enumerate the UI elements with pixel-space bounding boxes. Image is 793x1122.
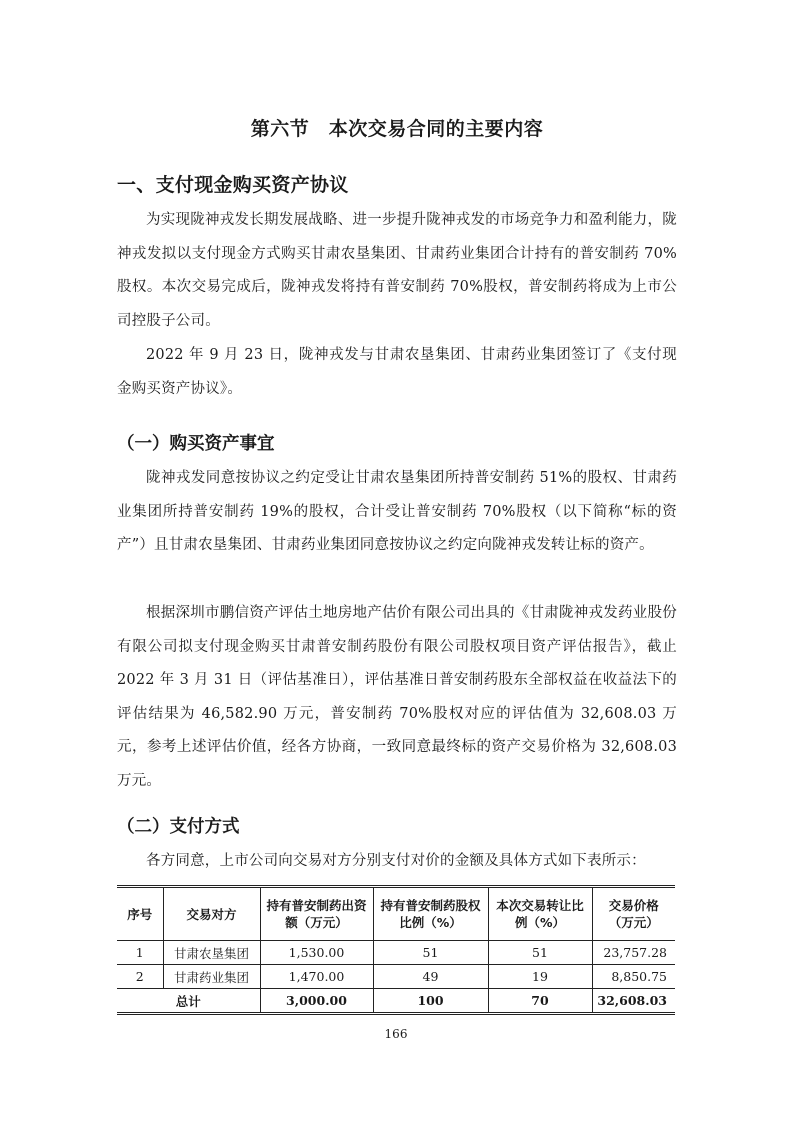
- cell-total-holding-ratio: 100: [373, 989, 488, 1014]
- cell-total-capital: 3,000.00: [260, 989, 373, 1014]
- cell-transfer-ratio: 51: [488, 941, 592, 965]
- cell-total-price: 32,608.03: [592, 989, 675, 1014]
- header-counterparty: 交易对方: [163, 887, 260, 941]
- cell-counterparty: 甘肃农垦集团: [163, 941, 260, 965]
- cell-counterparty: 甘肃药业集团: [163, 965, 260, 989]
- cell-total-label: 总计: [117, 989, 260, 1014]
- cell-capital: 1,470.00: [260, 965, 373, 989]
- table-row: 1 甘肃农垦集团 1,530.00 51 51 23,757.28: [117, 941, 675, 965]
- paragraph-valuation: 根据深圳市鹏信资产评估土地房地产估价有限公司出具的《甘肃陇神戎发药业股份有限公司…: [117, 597, 677, 798]
- cell-price: 8,850.75: [592, 965, 675, 989]
- paragraph-payment-intro: 各方同意，上市公司向交易对方分别支付对价的金额及具体方式如下表所示：: [117, 845, 677, 879]
- header-transfer-ratio: 本次交易转让比例（%）: [488, 887, 592, 941]
- paragraph-purpose: 为实现陇神戎发长期发展战略、进一步提升陇神戎发的市场竞争力和盈利能力，陇神戎发拟…: [117, 204, 677, 338]
- page-number: 166: [117, 1027, 675, 1041]
- cell-holding-ratio: 51: [373, 941, 488, 965]
- header-capital: 持有普安制药出资额（万元）: [260, 887, 373, 941]
- chapter-title: 第六节 本次交易合同的主要内容: [117, 114, 677, 141]
- section-heading-cash-purchase-agreement: 一、支付现金购买资产协议: [117, 170, 349, 197]
- table-row: 2 甘肃药业集团 1,470.00 49 19 8,850.75: [117, 965, 675, 989]
- paragraph-transfer-terms: 陇神戎发同意按协议之约定受让甘肃农垦集团所持普安制药 51%的股权、甘肃药业集团…: [117, 462, 677, 563]
- header-holding-ratio: 持有普安制药股权比例（%）: [373, 887, 488, 941]
- cell-index: 1: [117, 941, 163, 965]
- cell-holding-ratio: 49: [373, 965, 488, 989]
- table-header-row: 序号 交易对方 持有普安制药出资额（万元） 持有普安制药股权比例（%） 本次交易…: [117, 887, 675, 941]
- subsection-heading-payment-method: （二）支付方式: [117, 813, 240, 838]
- payment-table: 序号 交易对方 持有普安制药出资额（万元） 持有普安制药股权比例（%） 本次交易…: [117, 885, 675, 1015]
- cell-total-transfer-ratio: 70: [488, 989, 592, 1014]
- table-total-row: 总计 3,000.00 100 70 32,608.03: [117, 989, 675, 1014]
- cell-index: 2: [117, 965, 163, 989]
- cell-price: 23,757.28: [592, 941, 675, 965]
- header-index: 序号: [117, 887, 163, 941]
- header-price: 交易价格（万元）: [592, 887, 675, 941]
- cell-capital: 1,530.00: [260, 941, 373, 965]
- cell-transfer-ratio: 19: [488, 965, 592, 989]
- paragraph-signing-date: 2022 年 9 月 23 日，陇神戎发与甘肃农垦集团、甘肃药业集团签订了《支付…: [117, 339, 677, 406]
- subsection-heading-asset-purchase: （一）购买资产事宜: [117, 430, 275, 455]
